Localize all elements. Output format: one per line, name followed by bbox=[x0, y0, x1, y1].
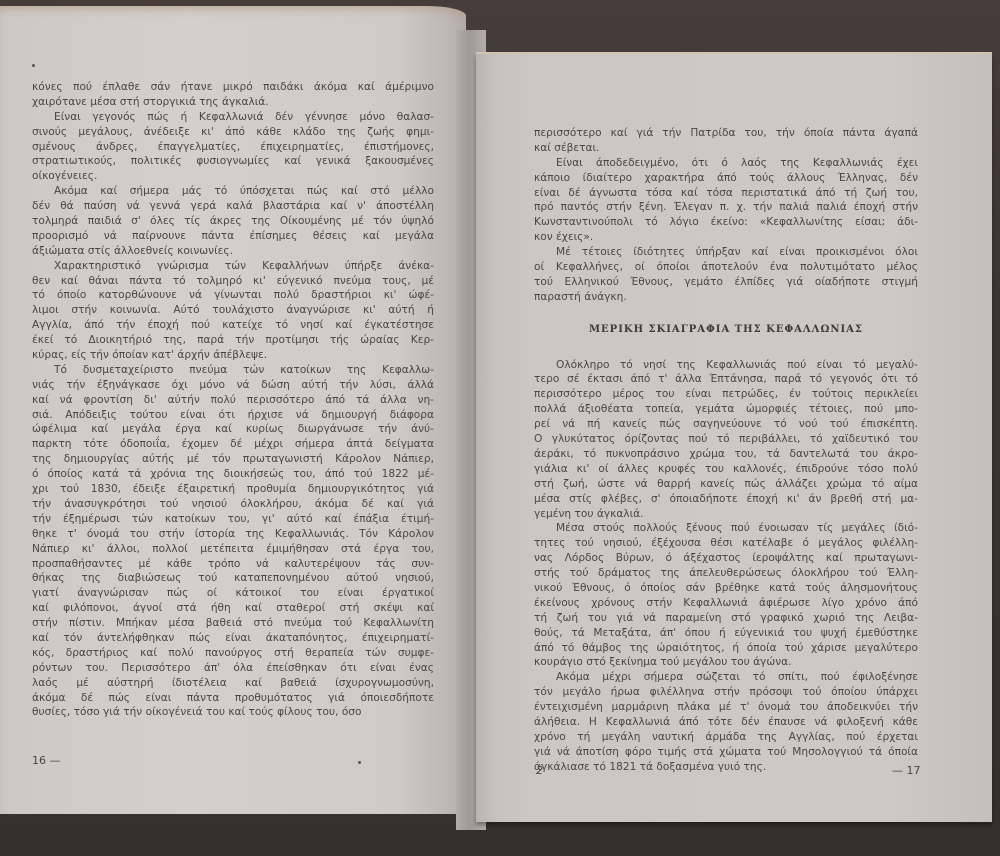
text-line: γιατί άναγνώρισαν πώς οί κάτοικοί του εί… bbox=[32, 586, 434, 601]
text-line: θηκε τ' όνομά του στήν ίστορία της Κεφαλ… bbox=[32, 527, 434, 542]
text-line: περισσότερο μέρος του είναι πετρώδες, έν… bbox=[534, 387, 918, 402]
text-line: νας Λόρδος Βύρων, ό άξέχαστος ίεροψάλτης… bbox=[534, 551, 918, 566]
text-line: οίκογένειες. bbox=[32, 169, 434, 184]
text-line: έκεί τό Διοικητήριό της, παρά τήν προτίμ… bbox=[32, 333, 434, 348]
text-line: σμένους άνδρες, έπαγγελματίες, έπιχειρημ… bbox=[32, 140, 434, 155]
text-line: τητες τού νησιού, έξέχουσα θέσι κατέλαβε… bbox=[534, 536, 918, 551]
text-line: Ακόμα μέχρι σήμερα σώζεται τό σπίτι, πού… bbox=[534, 670, 918, 685]
text-line: στής τού δράματος της άπελευθερώσεως όλο… bbox=[534, 566, 918, 581]
text-line: γιά νά άποτίση φόρο τιμής στά χώματα τού… bbox=[534, 745, 918, 760]
text-line: ό όποίος κατά τά χρόνια της διοικήσεώς τ… bbox=[32, 467, 434, 482]
text-line: καί σέβεται. bbox=[534, 141, 918, 156]
text-line: Ακόμα καί σήμερα μάς τό ύπόσχεται πώς κα… bbox=[32, 184, 434, 199]
text-line: Ο γλυκύτατος όρίζοντας πού τό περιβάλλει… bbox=[534, 432, 918, 447]
text-line: μέσα στίς φλέβες, σ' όποιαδήποτε έποχή κ… bbox=[534, 492, 918, 507]
text-line: έντειχισμένη μαρμάρινη πλάκα μέ τ' όνομά… bbox=[534, 700, 918, 715]
text-line: καί τόν άντελήφθηκαν πώς είναι άκαταπόνη… bbox=[32, 631, 434, 646]
text-line: τού Ελληνικού Έθνους, γεμάτο έλπίδες γιά… bbox=[534, 275, 918, 290]
text-line: σινούς μεγάλους, άνέδειξε κι' άπό κάθε κ… bbox=[32, 125, 434, 140]
text-line: Τό δυσμεταχείριστο πνεύμα τών κατοίκων τ… bbox=[32, 363, 434, 378]
text-line: άξιώματα στίς άλλοεθνείς κοινωνίες. bbox=[32, 244, 434, 259]
right-page-number: — 17 bbox=[892, 764, 921, 777]
right-page: περισσότερο καί γιά τήν Πατρίδα του, τήν… bbox=[476, 54, 992, 822]
text-line: θυσίες, τόσο γιά τήν οίκογένειά του καί … bbox=[32, 705, 434, 720]
left-page-body: κόνες πού έπλαθε σάν ήτανε μικρό παιδάκι… bbox=[32, 80, 434, 720]
text-line: οί Κεφαλλήνες, οί όποίοι άποτελούν ένα π… bbox=[534, 260, 918, 275]
text-line: κουράγιο στό ξεκίνημα τού μεγάλου του άγ… bbox=[534, 655, 918, 670]
text-line: νικού Έθνους, ό όποίος σάν βρέθηκε κατά … bbox=[534, 581, 918, 596]
text-line: ρεί νά πή κανείς πώς σαγηνεύουνε τό νού … bbox=[534, 417, 918, 432]
right-page-section-paragraphs: Ολόκληρο τό νησί της Κεφαλλωνιάς πού είν… bbox=[534, 358, 918, 775]
text-line: ώφέλιμα καί μεγάλα έργα καί κυρίως διωργ… bbox=[32, 422, 434, 437]
text-line: άκόμα δέ πώς είναι πάντα προθυμότατος γι… bbox=[32, 691, 434, 706]
text-line: πρό παντός στήν ξένη. Έλεγαν π. χ. τήν π… bbox=[534, 200, 918, 215]
text-line: κύρας, είς τήν όποίαν κατ' άρχήν άπέβλεψ… bbox=[32, 348, 434, 363]
text-line: θούς, τά Μεταξάτα, άπ' όπου ή εύγενικιά … bbox=[534, 626, 918, 641]
text-line: κάποιο ίδιαίτερο χαρακτήρα άπό τούς άλλο… bbox=[534, 171, 918, 186]
text-line: Νάπιερ κι' άλλοι, πολλοί μετέπειτα έμιμή… bbox=[32, 542, 434, 557]
text-line: άγκάλιασε τό 1821 τά δοξασμένα γυιό της. bbox=[534, 760, 918, 775]
text-line: παρκτη τότε όδοποιΐα, έχομεν δέ μέχρι σή… bbox=[32, 437, 434, 452]
text-line: χρι τού 1830, έδειξε έξαιρετική προθυμία… bbox=[32, 482, 434, 497]
text-line: δέν θά παύση νά γεννά γερά καλά βλαστάρι… bbox=[32, 199, 434, 214]
text-line: στήν πίστιν. Μπήκαν μέσα βαθειά στό πνεύ… bbox=[32, 616, 434, 631]
text-line: νιάς τήν έξηνάγκασε όχι μόνο νά δώση αύτ… bbox=[32, 378, 434, 393]
text-line: τό όποίο κατορθώνουνε νά γίνωνται πολύ δ… bbox=[32, 288, 434, 303]
text-line: Μέσα στούς πολλούς ξένους πού ένοιωσαν τ… bbox=[534, 521, 918, 536]
text-line: έκείνους χρόνους στήν Κεφαλλωνιά άφιέρωσ… bbox=[534, 596, 918, 611]
text-line: της δημιουργίας αύτής μέ τόν πρωταγωνιστ… bbox=[32, 452, 434, 467]
text-line: καί νά φροντίση δι' αύτήν πολύ περισσότε… bbox=[32, 393, 434, 408]
text-line: στή ζωή, ώστε νά θαρρή κανείς πώς άλλάζε… bbox=[534, 477, 918, 492]
text-line: χαιρότανε μέσα στή στοργικιά της άγκαλιά… bbox=[32, 95, 434, 110]
text-line: Μέ τέτοιες ίδιότητες ύπήρξαν καί είναι π… bbox=[534, 245, 918, 260]
signature-mark: 2 bbox=[536, 764, 543, 777]
text-line: άεράκι, τό πυκνοπράσινο χρώμα του, τά δα… bbox=[534, 447, 918, 462]
left-page: κόνες πού έπλαθε σάν ήτανε μικρό παιδάκι… bbox=[0, 6, 466, 814]
text-line: Χαρακτηριστικό γνώρισμα τών Κεφαλλήνων ύ… bbox=[32, 259, 434, 274]
text-line: είναι δέ άγνωστα τόσα καί τόσα περιστατι… bbox=[534, 186, 918, 201]
section-heading: ΜΕΡΙΚΗ ΣΚΙΑΓΡΑΦΙΑ ΤΗΣ ΚΕΦΑΛΛΩΝΙΑΣ bbox=[534, 323, 918, 338]
text-line: σιά. Απόδειξις τούτου είναι ότι ήρχισε ν… bbox=[32, 408, 434, 423]
text-line: προορισμό νά παίρνουνε πάντα έπίσημες θέ… bbox=[32, 229, 434, 244]
right-page-intro-paragraphs: περισσότερο καί γιά τήν Πατρίδα του, τήν… bbox=[534, 126, 918, 305]
text-line: τήν άνασυγκρότησι τού νησιού όλοκλήρου, … bbox=[32, 497, 434, 512]
text-line: χρόνο τή μεγάλη ναυτική άρμάδα της Αγγλί… bbox=[534, 730, 918, 745]
text-line: Είναι γεγονός πώς ή Κεφαλλωνιά δέν γέννη… bbox=[32, 110, 434, 125]
text-line: Ολόκληρο τό νησί της Κεφαλλωνιάς πού είν… bbox=[534, 358, 918, 373]
text-line: καί φιλόπονοι, άγνοί στά ήθη καί σταθερο… bbox=[32, 601, 434, 616]
text-line: τόν μεγάλο ήρωα φιλέλληνα στήν πρόσοψι τ… bbox=[534, 685, 918, 700]
text-line: κον έχεις». bbox=[534, 230, 918, 245]
text-line: κός, δραστήριος καί πολύ πανούργος στή θ… bbox=[32, 646, 434, 661]
text-line: τήν έξημέρωσι τών κατοίκων του, γι' αύτό… bbox=[32, 512, 434, 527]
ink-speck bbox=[32, 64, 35, 67]
text-line: λαός μέ αύστηρή ίδιοτέλεια καί βαθειά ίσ… bbox=[32, 676, 434, 691]
text-line: κόνες πού έπλαθε σάν ήτανε μικρό παιδάκι… bbox=[32, 80, 434, 95]
text-line: τή ζωή του γιά νά παραμείνη στό γραφικό … bbox=[534, 611, 918, 626]
text-line: άπό τό θάμβος της ώραιότητος, ή όποία το… bbox=[534, 641, 918, 656]
text-line: Είναι άποδεδειγμένο, ότι ό λαός της Κεφα… bbox=[534, 156, 918, 171]
text-line: στρατιωτικούς, πολιτικές φυσιογνωμίες κα… bbox=[32, 154, 434, 169]
text-line: τολμηρά παιδιά σ' όλες τίς άκρες της Οίκ… bbox=[32, 214, 434, 229]
right-page-body: περισσότερο καί γιά τήν Πατρίδα του, τήν… bbox=[534, 126, 918, 775]
text-line: θήκας της διαβιώσεως τού καταπεπονημένου… bbox=[32, 571, 434, 586]
text-line: τερο σέ έκτασι άπό τ' άλλα Έπτάνησα, παρ… bbox=[534, 372, 918, 387]
text-line: Κωνσταντινούπολι τό λόγιο έκείνο: «Κεφαλ… bbox=[534, 215, 918, 230]
left-page-number: 16 — bbox=[32, 754, 61, 767]
text-line: Αγγλία, άπό τήν έποχή πού κατείχε τό νησ… bbox=[32, 318, 434, 333]
text-line: άλήθεια. Η Κεφαλλωνιά άπό τότε δέν έπαυσ… bbox=[534, 715, 918, 730]
text-line: γιάλια κι' οί άλλες κρυφές του καλλονές,… bbox=[534, 462, 918, 477]
ink-speck bbox=[358, 761, 361, 764]
text-line: προσπαθήσαντες μέ κάθε τρόπο νά καλυτερέ… bbox=[32, 557, 434, 572]
text-line: θεν καί θάναι πάντα τό τολμηρό κι' εύγεν… bbox=[32, 274, 434, 289]
text-line: πολλά άξιοθέατα τοπεία, γεμάτα ώμορφιές … bbox=[534, 402, 918, 417]
text-line: παραστή άνάγκη. bbox=[534, 290, 918, 305]
text-line: περισσότερο καί γιά τήν Πατρίδα του, τήν… bbox=[534, 126, 918, 141]
text-line: ρόντων του. Περισσότερο άπ' όλα έπείσθηκ… bbox=[32, 661, 434, 676]
text-line: γεμένη του άγκαλιά. bbox=[534, 507, 918, 522]
text-line: λιμοι στήν κοινωνία. Αύτό τουλάχιστο άνα… bbox=[32, 303, 434, 318]
